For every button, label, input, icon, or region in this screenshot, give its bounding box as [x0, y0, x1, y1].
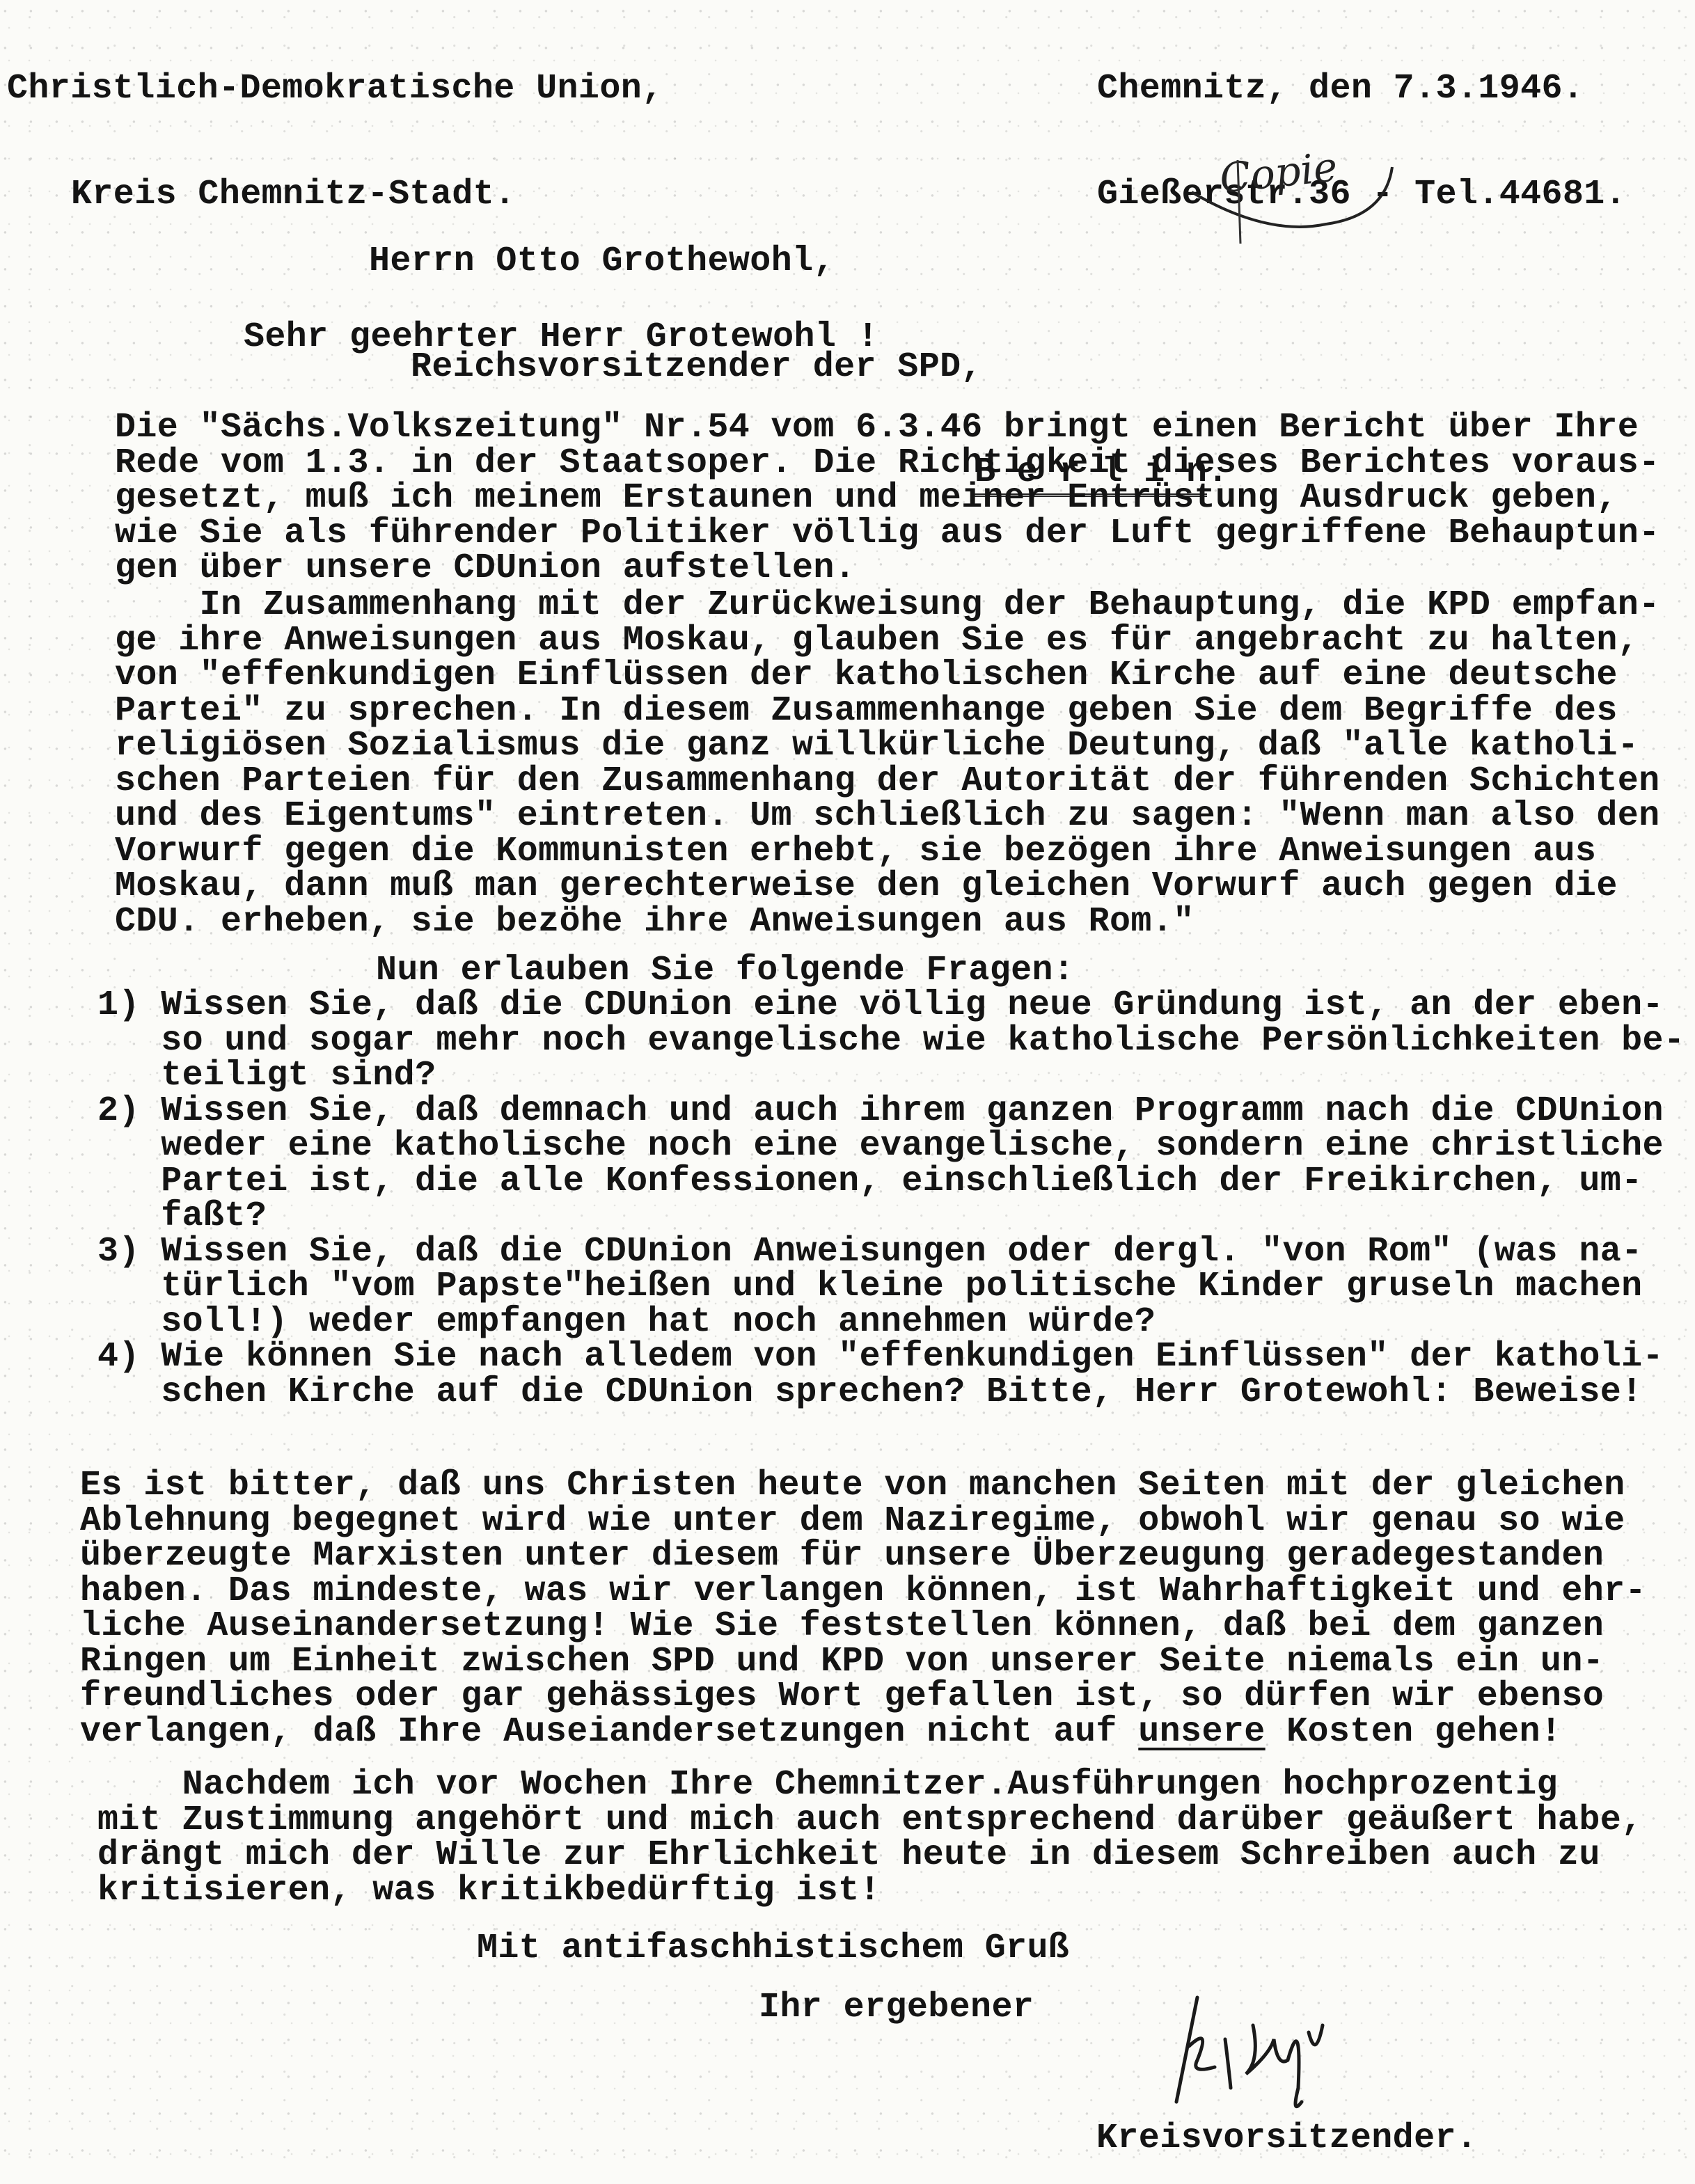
- question-line: 4) Wie können Sie nach alledem von "effe…: [97, 1340, 1685, 1375]
- paragraph-3: Es ist bitter, daß uns Christen heute vo…: [80, 1469, 1646, 1750]
- paragraph-line: ge ihre Anweisungen aus Moskau, glauben …: [115, 624, 1660, 659]
- question-line: so und sogar mehr noch evangelische wie …: [97, 1024, 1685, 1059]
- closing-greeting: Mit antifaschhistischem Gruß: [477, 1931, 1069, 1967]
- paragraph-line: Rede vom 1.3. in der Staatsoper. Die Ric…: [115, 446, 1660, 482]
- underlined-emphasis: unsere: [1138, 1712, 1265, 1752]
- paragraph-line: und des Eigentums" eintreten. Um schließ…: [115, 799, 1660, 834]
- recipient-name: Herrn Otto Grothewohl,: [369, 244, 1229, 280]
- paragraph-line: CDU. erheben, sie bezöhe ihre Anweisunge…: [115, 905, 1660, 940]
- paragraph-line: wie Sie als führender Politiker völlig a…: [115, 516, 1660, 552]
- paragraph-line: Ringen um Einheit zwischen SPD und KPD v…: [80, 1645, 1646, 1680]
- paragraph-line: Die "Sächs.Volkszeitung" Nr.54 vom 6.3.4…: [115, 411, 1660, 446]
- signature-scrawl: [1149, 1984, 1399, 2123]
- paragraph-line: Partei" zu sprechen. In diesem Zusammenh…: [115, 694, 1660, 729]
- question-item: 2) Wissen Sie, daß demnach und auch ihre…: [97, 1094, 1685, 1235]
- paragraph-line: freundliches oder gar gehässiges Wort ge…: [80, 1679, 1646, 1715]
- paragraph-line: Es ist bitter, daß uns Christen heute vo…: [80, 1469, 1646, 1504]
- question-line: Partei ist, die alle Konfessionen, einsc…: [97, 1164, 1685, 1200]
- paragraph-line: liche Auseinandersetzung! Wie Sie festst…: [80, 1609, 1646, 1645]
- paragraph-2: In Zusammenhang mit der Zurückweisung de…: [115, 588, 1660, 940]
- salutation: Sehr geehrter Herr Grotewohl !: [244, 320, 878, 356]
- question-line: soll!) weder empfangen hat noch annehmen…: [97, 1305, 1685, 1340]
- sender-party: Christlich-Demokratische Union,: [7, 72, 663, 107]
- question-line: türlich "vom Papste"heißen und kleine po…: [97, 1269, 1685, 1305]
- question-list: 1) Wissen Sie, daß die CDUnion eine völl…: [97, 988, 1685, 1410]
- question-line: schen Kirche auf die CDUnion sprechen? B…: [97, 1375, 1685, 1411]
- question-line: weder eine katholische noch eine evangel…: [97, 1129, 1685, 1164]
- paragraph-line: religiösen Sozialismus die ganz willkürl…: [115, 729, 1660, 764]
- paragraph-line: Vorwurf gegen die Kommunisten erhebt, si…: [115, 834, 1660, 870]
- paragraph-line: Nachdem ich vor Wochen Ihre Chemnitzer.A…: [97, 1768, 1643, 1803]
- paragraph-line: Moskau, dann muß man gerechterweise den …: [115, 869, 1660, 905]
- question-item: 1) Wissen Sie, daß die CDUnion eine völl…: [97, 988, 1685, 1094]
- paragraph-line: schen Parteien für den Zusammenhang der …: [115, 764, 1660, 800]
- paragraph-line: Ablehnung begegnet wird wie unter dem Na…: [80, 1504, 1646, 1540]
- paragraph-line: drängt mich der Wille zur Ehrlichkeit he…: [97, 1838, 1643, 1874]
- question-line: 3) Wissen Sie, daß die CDUnion Anweisung…: [97, 1235, 1685, 1270]
- paragraph-line: kritisieren, was kritikbedürftig ist!: [97, 1874, 1643, 1909]
- paragraph-line: verlangen, daß Ihre Auseiandersetzungen …: [80, 1715, 1646, 1750]
- question-line: teiligt sind?: [97, 1059, 1685, 1094]
- signature: [1149, 1984, 1399, 2123]
- question-item: 3) Wissen Sie, daß die CDUnion Anweisung…: [97, 1235, 1685, 1340]
- question-line: 2) Wissen Sie, daß demnach und auch ihre…: [97, 1094, 1685, 1130]
- paragraph-line: In Zusammenhang mit der Zurückweisung de…: [115, 588, 1660, 624]
- question-item: 4) Wie können Sie nach alledem von "effe…: [97, 1340, 1685, 1410]
- paragraph-line: haben. Das mindeste, was wir verlangen k…: [80, 1574, 1646, 1610]
- place-date: Chemnitz, den 7.3.1946.: [1097, 72, 1626, 107]
- paragraph-4: Nachdem ich vor Wochen Ihre Chemnitzer.A…: [97, 1768, 1643, 1908]
- question-line: faßt?: [97, 1199, 1685, 1235]
- paragraph-line: mit Zustimmung angehört und mich auch en…: [97, 1803, 1643, 1839]
- paragraph-line: von "effenkundigen Einflüssen der kathol…: [115, 658, 1660, 694]
- question-line: 1) Wissen Sie, daß die CDUnion eine völl…: [97, 988, 1685, 1024]
- paragraph-line: gen über unsere CDUnion aufstellen.: [115, 551, 1660, 587]
- questions-intro: Nun erlauben Sie folgende Fragen:: [376, 953, 1074, 989]
- paragraph-1: Die "Sächs.Volkszeitung" Nr.54 vom 6.3.4…: [115, 411, 1660, 587]
- signer-title: Kreisvorsitzender.: [1096, 2121, 1477, 2157]
- valediction: Ihr ergebener: [759, 1991, 1034, 2026]
- paragraph-line: überzeugte Marxisten unter diesem für un…: [80, 1539, 1646, 1574]
- paragraph-line: gesetzt, muß ich meinem Erstaunen und me…: [115, 481, 1660, 516]
